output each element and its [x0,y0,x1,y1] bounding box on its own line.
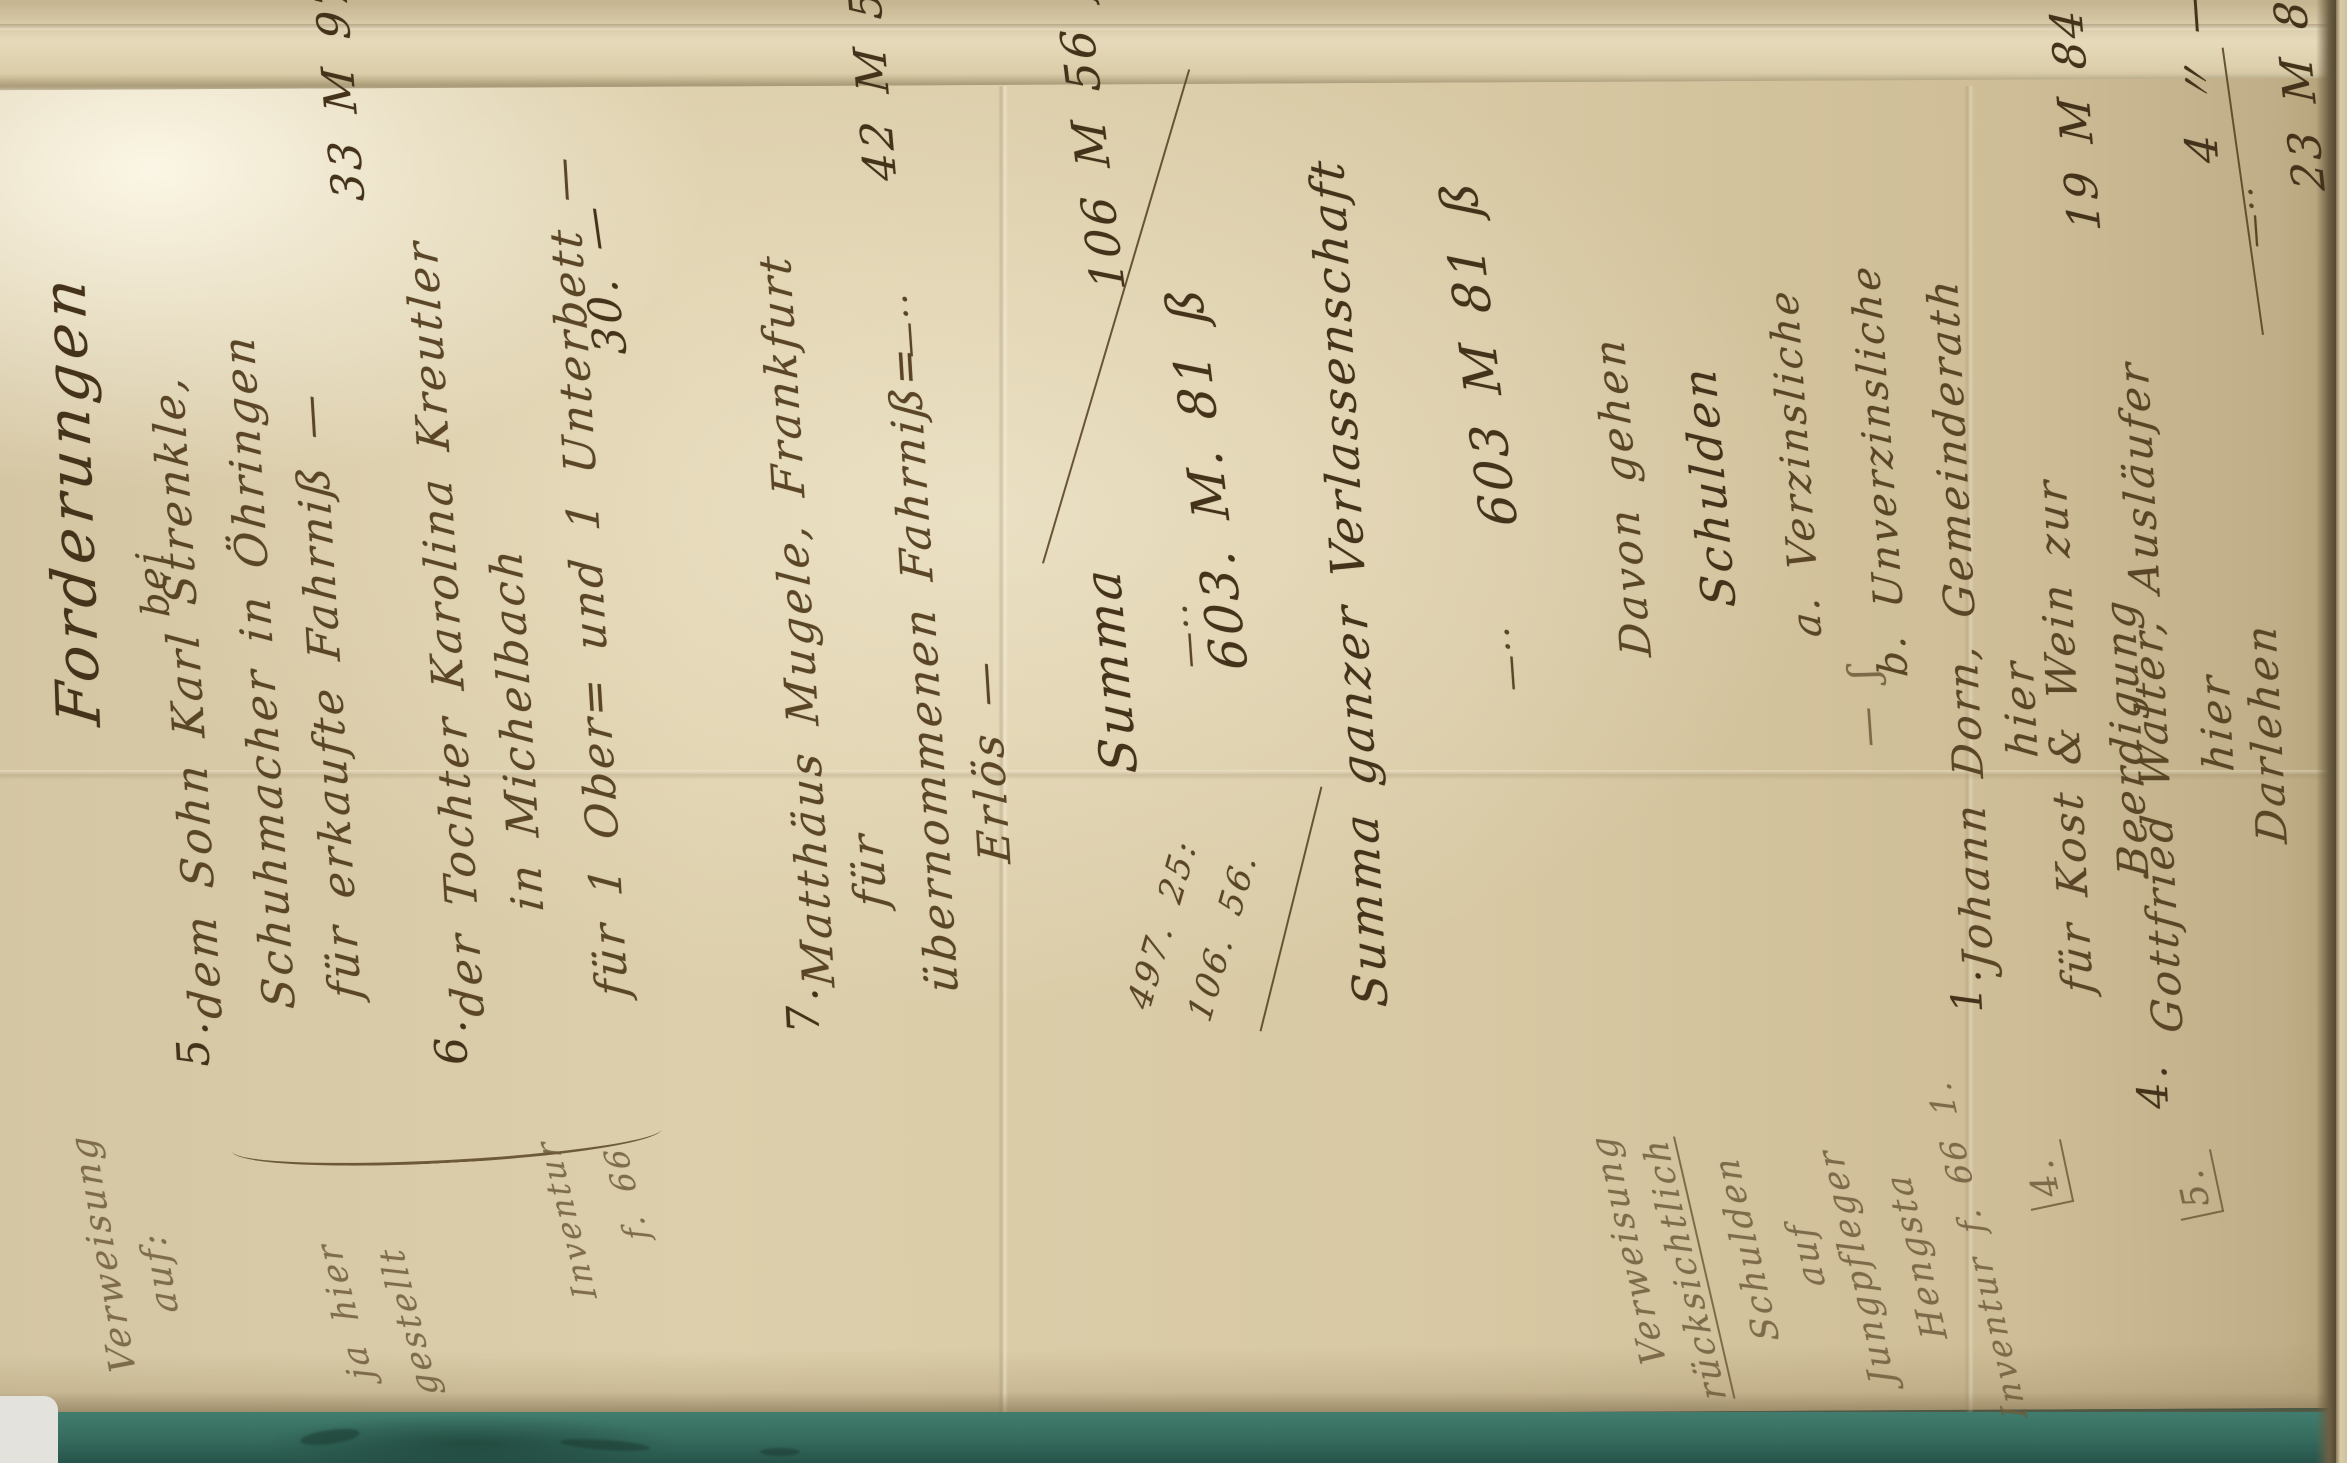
manuscript-page [0,78,2347,1420]
top-crease [0,24,2347,30]
horizontal-fold-crease [0,770,2347,780]
binding-shadow [2316,0,2338,1463]
cover-corner-highlight [0,1396,58,1463]
ink-smudge [760,1448,800,1456]
folded-page-strip [0,0,2347,92]
underlying-page-edge [2336,0,2347,1463]
vertical-fold-crease-2 [1964,86,1974,1412]
vertical-fold-crease [998,86,1008,1412]
manuscript-photo: Forderungen bei Verweisung auf: 5. dem S… [0,0,2347,1463]
